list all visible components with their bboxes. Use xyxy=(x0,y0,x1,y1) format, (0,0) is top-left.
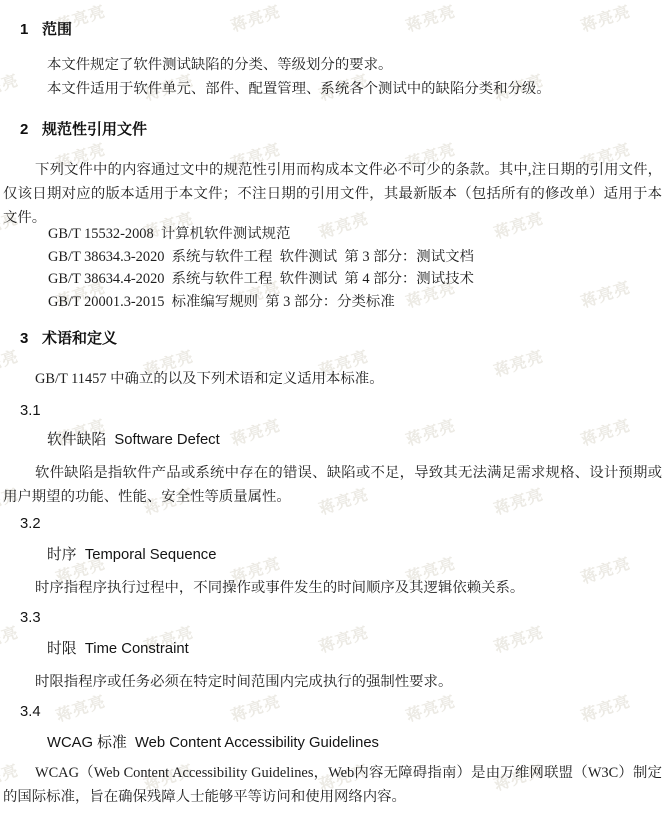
document-content: 1范围 本文件规定了软件测试缺陷的分类、等级划分的要求。 本文件适用于软件单元、… xyxy=(0,0,666,821)
paragraph: 本文件适用于软件单元、部件、配置管理、系统各个测试中的缺陷分类和分级。 xyxy=(47,77,662,101)
definition-paragraph: 时限指程序或任务必须在特定时间范围内完成执行的强制性要求。 xyxy=(3,670,662,694)
clause-number: 3.1 xyxy=(20,400,41,422)
definition-paragraph: 时序指程序执行过程中，不同操作或事件发生的时间顺序及其逻辑依赖关系。 xyxy=(3,576,662,600)
reference-item: GB/T 38634.4-2020 系统与软件工程 软件测试 第 4 部分：测试… xyxy=(48,268,662,291)
definition-paragraph: 软件缺陷是指软件产品或系统中存在的错误、缺陷或不足，导致其无法满足需求规格、设计… xyxy=(3,461,662,509)
paragraph: GB/T 11457 中确立的以及下列术语和定义适用本标准。 xyxy=(3,367,662,391)
reference-item: GB/T 38634.3-2020 系统与软件工程 软件测试 第 3 部分：测试… xyxy=(48,246,662,269)
section-number: 3 xyxy=(20,329,42,349)
document-page: 蒋亮亮蒋亮亮蒋亮亮蒋亮亮蒋亮亮蒋亮亮蒋亮亮蒋亮亮蒋亮亮蒋亮亮蒋亮亮蒋亮亮蒋亮亮蒋… xyxy=(0,0,666,821)
clause-number: 3.3 xyxy=(20,607,41,629)
paragraph: 本文件规定了软件测试缺陷的分类、等级划分的要求。 xyxy=(47,53,662,77)
section-title: 规范性引用文件 xyxy=(42,121,147,138)
term-heading: 时序 Temporal Sequence xyxy=(47,544,216,566)
term-heading: WCAG 标准 Web Content Accessibility Guidel… xyxy=(47,732,379,754)
normative-references-list: GB/T 15532-2008 计算机软件测试规范 GB/T 38634.3-2… xyxy=(48,223,662,313)
reference-item: GB/T 20001.3-2015 标准编写规则 第 3 部分：分类标准 xyxy=(48,291,662,314)
section-2-heading: 2规范性引用文件 xyxy=(20,120,147,140)
section-1-heading: 1范围 xyxy=(20,20,72,40)
clause-number: 3.4 xyxy=(20,701,41,723)
section-title: 范围 xyxy=(42,21,72,38)
paragraph: 下列文件中的内容通过文中的规范性引用而构成本文件必不可少的条款。其中,注日期的引… xyxy=(3,158,662,230)
section-number: 2 xyxy=(20,120,42,140)
term-heading: 时限 Time Constraint xyxy=(47,638,189,660)
clause-number: 3.2 xyxy=(20,513,41,535)
term-heading: 软件缺陷 Software Defect xyxy=(47,429,220,451)
section-number: 1 xyxy=(20,20,42,40)
definition-paragraph: WCAG（Web Content Accessibility Guideline… xyxy=(3,761,662,809)
section-title: 术语和定义 xyxy=(42,330,117,347)
reference-item: GB/T 15532-2008 计算机软件测试规范 xyxy=(48,223,662,246)
section-3-heading: 3术语和定义 xyxy=(20,329,117,349)
